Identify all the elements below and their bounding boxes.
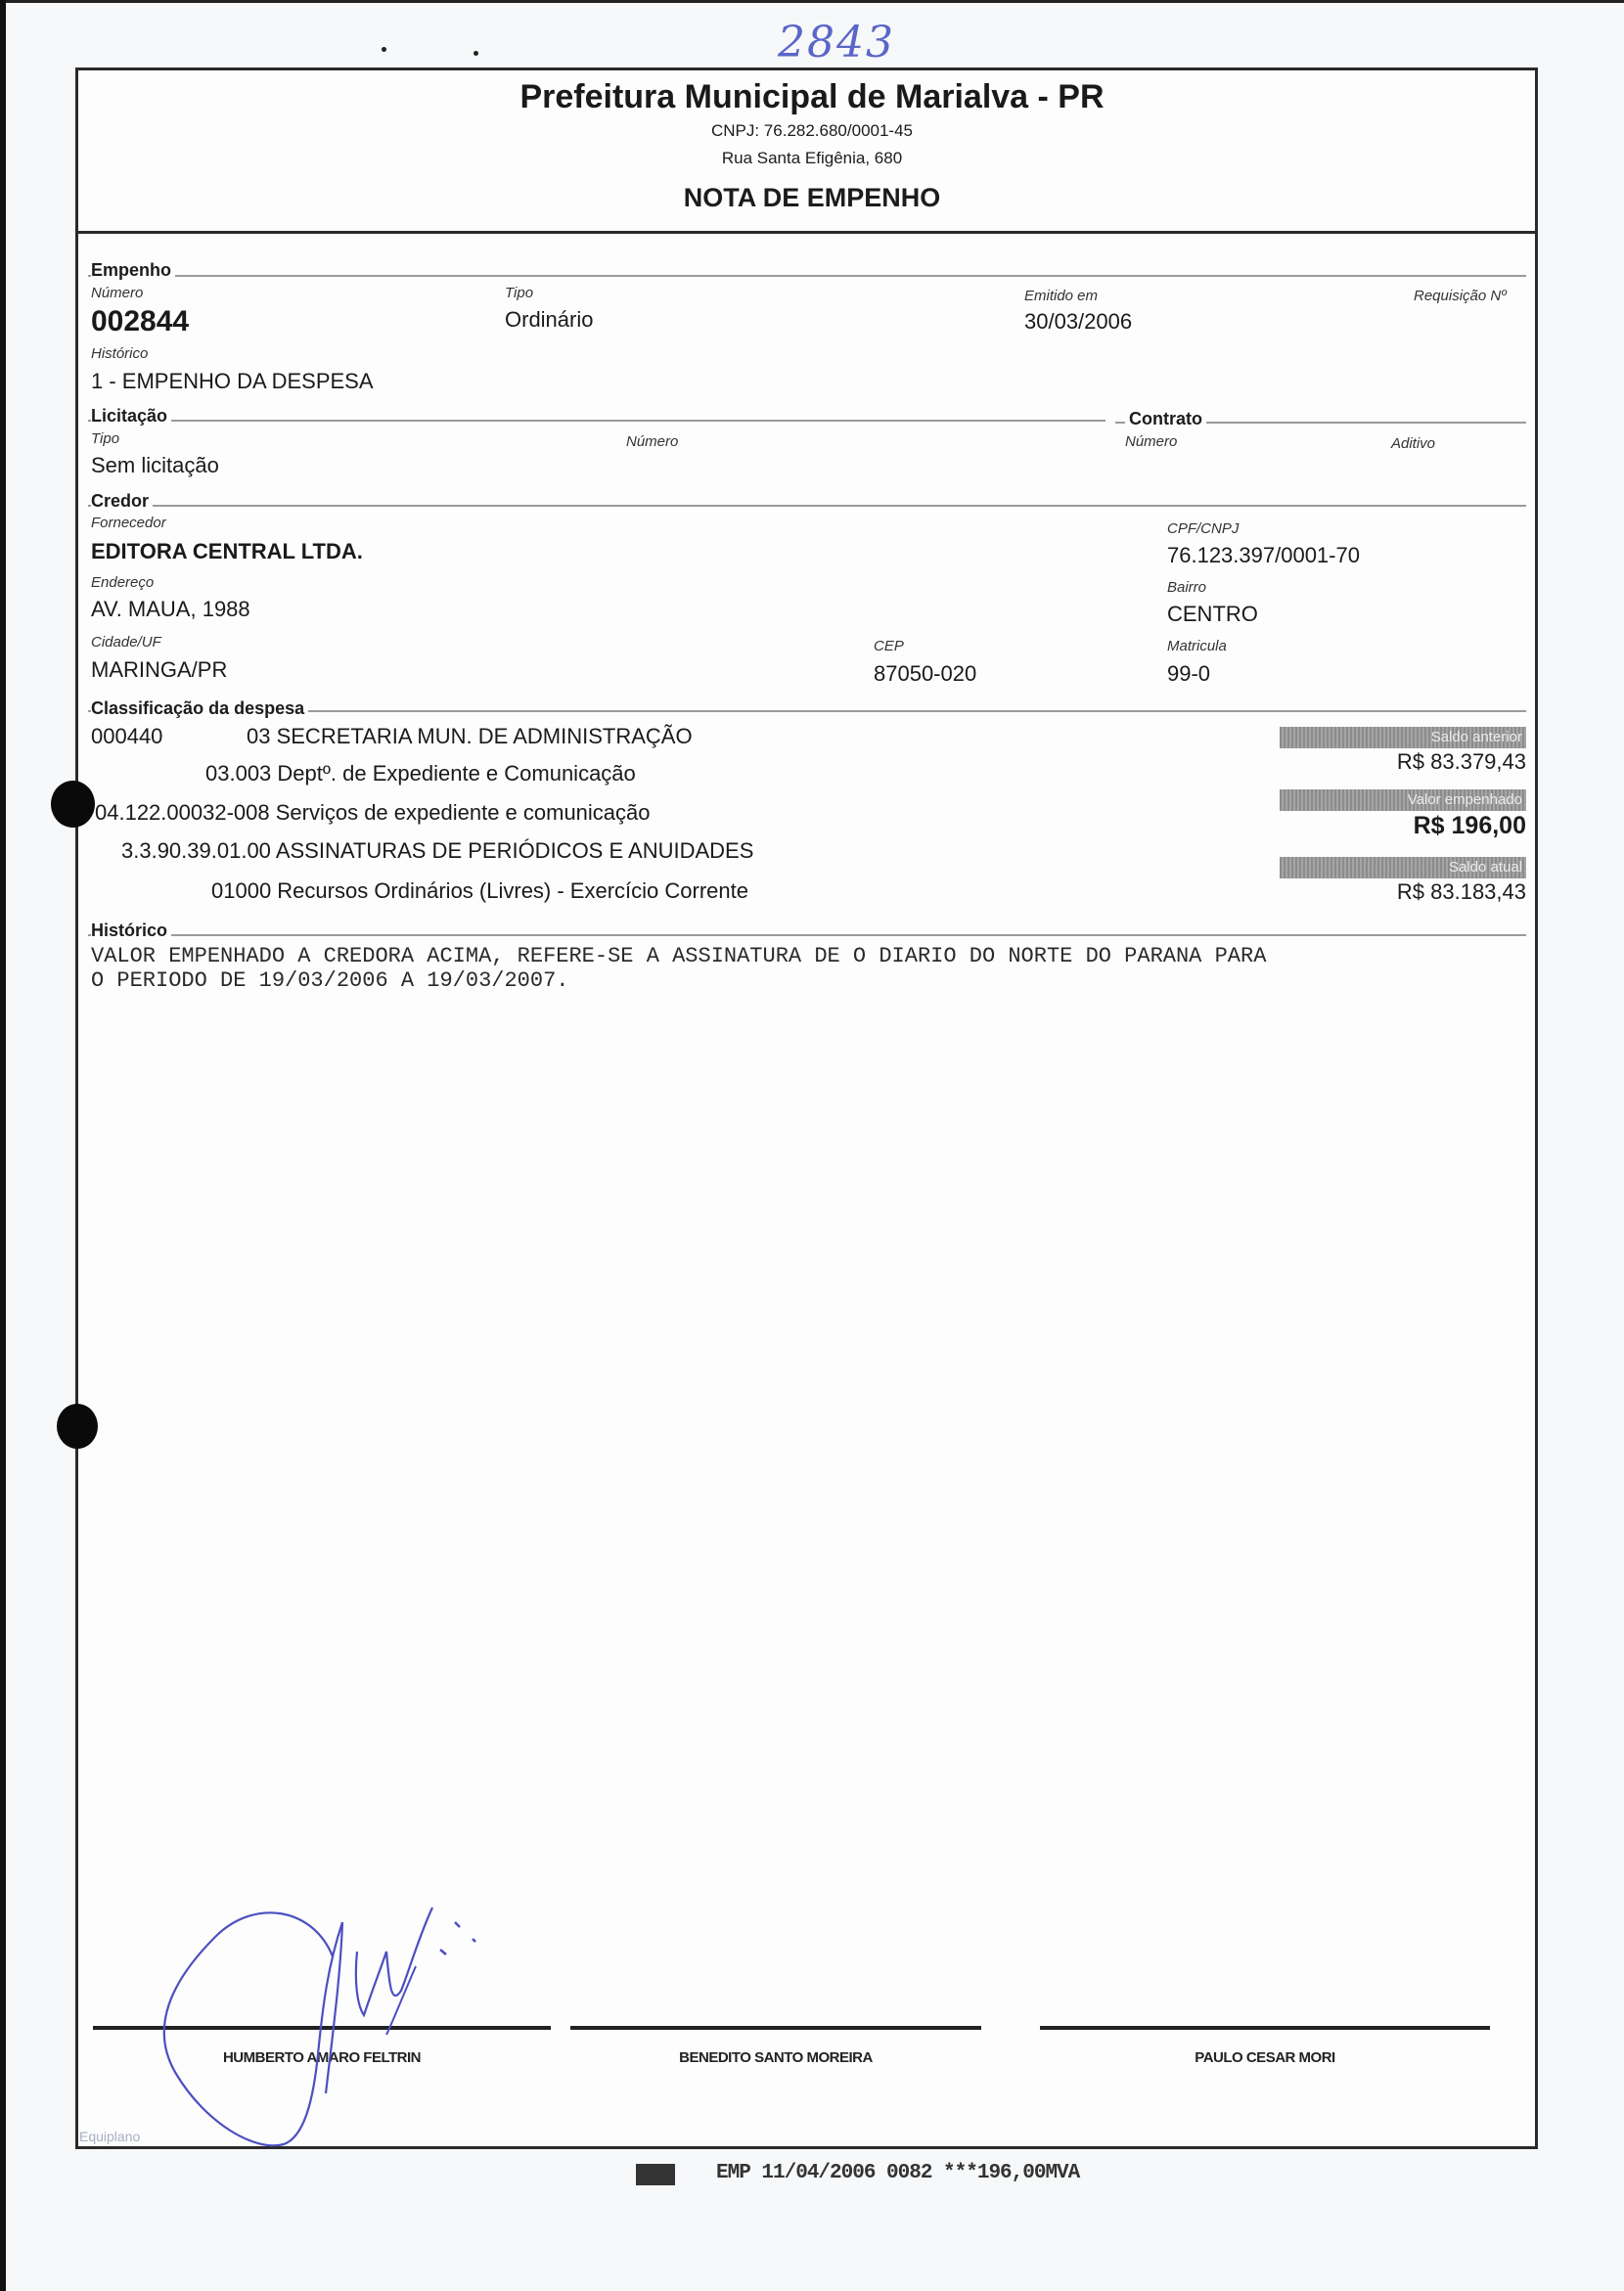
classificacao-elemento: 3.3.90.39.01.00 ASSINATURAS DE PERIÓDICO… (121, 838, 753, 864)
org-cnpj: CNPJ: 76.282.680/0001-45 (0, 121, 1624, 141)
cep-label: CEP (874, 638, 904, 654)
empenho-tipo-label: Tipo (505, 285, 533, 301)
signatory-3: PAULO CESAR MORI (1040, 2049, 1490, 2066)
classificacao-unidade: 03.003 Deptº. de Expediente e Comunicaçã… (205, 761, 636, 786)
cidade-label: Cidade/UF (91, 634, 161, 651)
bairro-label: Bairro (1167, 579, 1206, 596)
section-credor: Credor (91, 491, 153, 512)
credor-cnpj: 76.123.397/0001-70 (1167, 543, 1360, 568)
section-divider (88, 275, 1526, 277)
bairro: CENTRO (1167, 602, 1258, 627)
saldo-anterior-value: R$ 83.379,43 (1397, 749, 1526, 775)
empenho-tipo: Ordinário (505, 307, 593, 333)
saldo-atual-value: R$ 83.183,43 (1397, 879, 1526, 905)
section-empenho: Empenho (91, 260, 175, 281)
punch-hole (51, 781, 95, 828)
matricula-label: Matricula (1167, 638, 1227, 654)
valor-empenhado-value: R$ 196,00 (1414, 812, 1526, 840)
section-divider (88, 505, 1526, 507)
saldo-atual-label: Saldo atual (1280, 857, 1526, 878)
classificacao-orgao: 03 SECRETARIA MUN. DE ADMINISTRAÇÃO (247, 724, 693, 749)
punch-hole (57, 1404, 98, 1449)
licitacao-tipo: Sem licitação (91, 453, 219, 478)
org-address: Rua Santa Efigênia, 680 (0, 149, 1624, 168)
bank-logo-icon (636, 2164, 675, 2185)
licitacao-tipo-label: Tipo (91, 430, 119, 447)
fornecedor-name: EDITORA CENTRAL LTDA. (91, 539, 363, 564)
contrato-aditivo-label: Aditivo (1391, 435, 1435, 452)
historico-line-2: O PERIODO DE 19/03/2006 A 19/03/2007. (91, 968, 568, 993)
section-licitacao: Licitação (91, 406, 171, 427)
section-divider (88, 420, 1105, 422)
classificacao-recurso: 01000 Recursos Ordinários (Livres) - Exe… (211, 878, 748, 904)
signature-line-3 (1040, 2026, 1490, 2030)
scan-edge-left (0, 0, 6, 2291)
software-brand: Equiplano (79, 2129, 140, 2144)
contrato-numero-label: Número (1125, 433, 1177, 450)
speck (382, 47, 386, 52)
matricula: 99-0 (1167, 661, 1210, 687)
authentication-stamp: EMP 11/04/2006 0082 ***196,00MVA (716, 2162, 1079, 2184)
scan-edge-top (0, 0, 1624, 3)
section-classificacao: Classificação da despesa (91, 698, 308, 719)
saldo-anterior-label: Saldo anterior (1280, 727, 1526, 748)
section-historico: Histórico (91, 921, 171, 941)
fornecedor-label: Fornecedor (91, 515, 166, 531)
empenho-historico: 1 - EMPENHO DA DESPESA (91, 369, 374, 394)
signatory-2: BENEDITO SANTO MOREIRA (570, 2049, 981, 2066)
header-divider (75, 231, 1538, 234)
handwritten-signature-icon (147, 1859, 538, 2152)
speck (474, 51, 478, 56)
emitido-label: Emitido em (1024, 288, 1098, 304)
org-name: Prefeitura Municipal de Marialva - PR (0, 78, 1624, 116)
section-divider (88, 934, 1526, 936)
signature-line-2 (570, 2026, 981, 2030)
empenho-historico-label: Histórico (91, 345, 148, 362)
document-title: NOTA DE EMPENHO (0, 183, 1624, 213)
endereco: AV. MAUA, 1988 (91, 597, 250, 622)
emitido-date: 30/03/2006 (1024, 309, 1132, 335)
historico-line-1: VALOR EMPENHADO A CREDORA ACIMA, REFERE-… (91, 944, 1266, 968)
empenho-numero: 002844 (91, 305, 189, 338)
classificacao-funcional: 04.122.00032-008 Serviços de expediente … (95, 800, 651, 826)
cep: 87050-020 (874, 661, 976, 687)
handwritten-number: 2843 (778, 18, 895, 67)
valor-empenhado-label: Valor empenhado (1280, 789, 1526, 811)
credor-cnpj-label: CPF/CNPJ (1167, 520, 1239, 537)
cidade: MARINGA/PR (91, 657, 227, 683)
classificacao-code: 000440 (91, 724, 162, 749)
empenho-numero-label: Número (91, 285, 143, 301)
requisicao-label: Requisição Nº (1414, 288, 1507, 304)
licitacao-numero-label: Número (626, 433, 678, 450)
section-contrato: Contrato (1125, 409, 1206, 429)
endereco-label: Endereço (91, 574, 154, 591)
